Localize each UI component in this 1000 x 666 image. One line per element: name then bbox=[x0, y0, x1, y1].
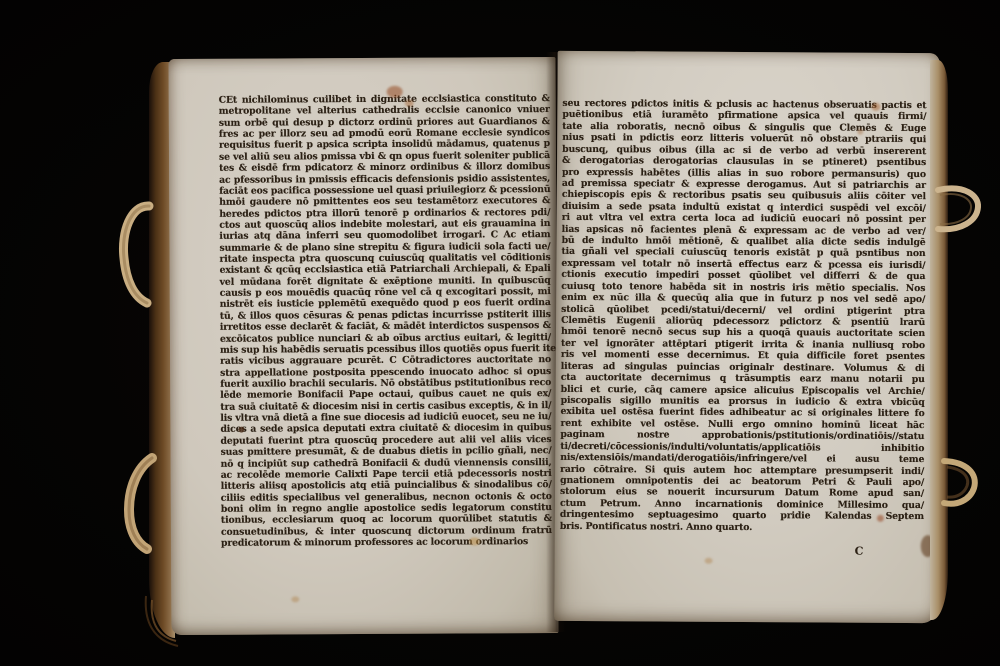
stain bbox=[238, 427, 244, 433]
latin-text-block-left: ⅭEt nichilominus cuilibet in dignitate e… bbox=[219, 93, 552, 549]
clasp-left-upper-shade bbox=[123, 206, 149, 303]
text-line: bris. Pontificatus nostri. Anno quarto. bbox=[560, 520, 924, 534]
stain bbox=[387, 86, 403, 98]
clasp-right-lower-loop-shade bbox=[947, 467, 968, 497]
clasp-right-lower-loop bbox=[944, 461, 975, 504]
book-page-left: ⅭEt nichilominus cuilibet in dignitate e… bbox=[168, 57, 558, 635]
clasp-left-upper bbox=[123, 206, 149, 303]
quire-signature-mark: C bbox=[855, 545, 864, 558]
stain bbox=[857, 129, 863, 135]
photo-background: ⅭEt nichilominus cuilibet in dignitate e… bbox=[0, 0, 1000, 666]
latin-text-block-right: seu rectores pdictos initis & pclusis ac… bbox=[560, 98, 927, 534]
page-edge-stack-right bbox=[930, 60, 948, 620]
stain bbox=[871, 103, 880, 111]
stain bbox=[705, 558, 713, 564]
stain bbox=[291, 596, 299, 602]
stain bbox=[469, 537, 480, 545]
text-line: predicatorum & minorum professores ac lo… bbox=[221, 536, 552, 549]
stain bbox=[877, 515, 884, 522]
stain bbox=[405, 100, 414, 107]
book-page-right: seu rectores pdictos initis & pclusis ac… bbox=[554, 51, 939, 623]
